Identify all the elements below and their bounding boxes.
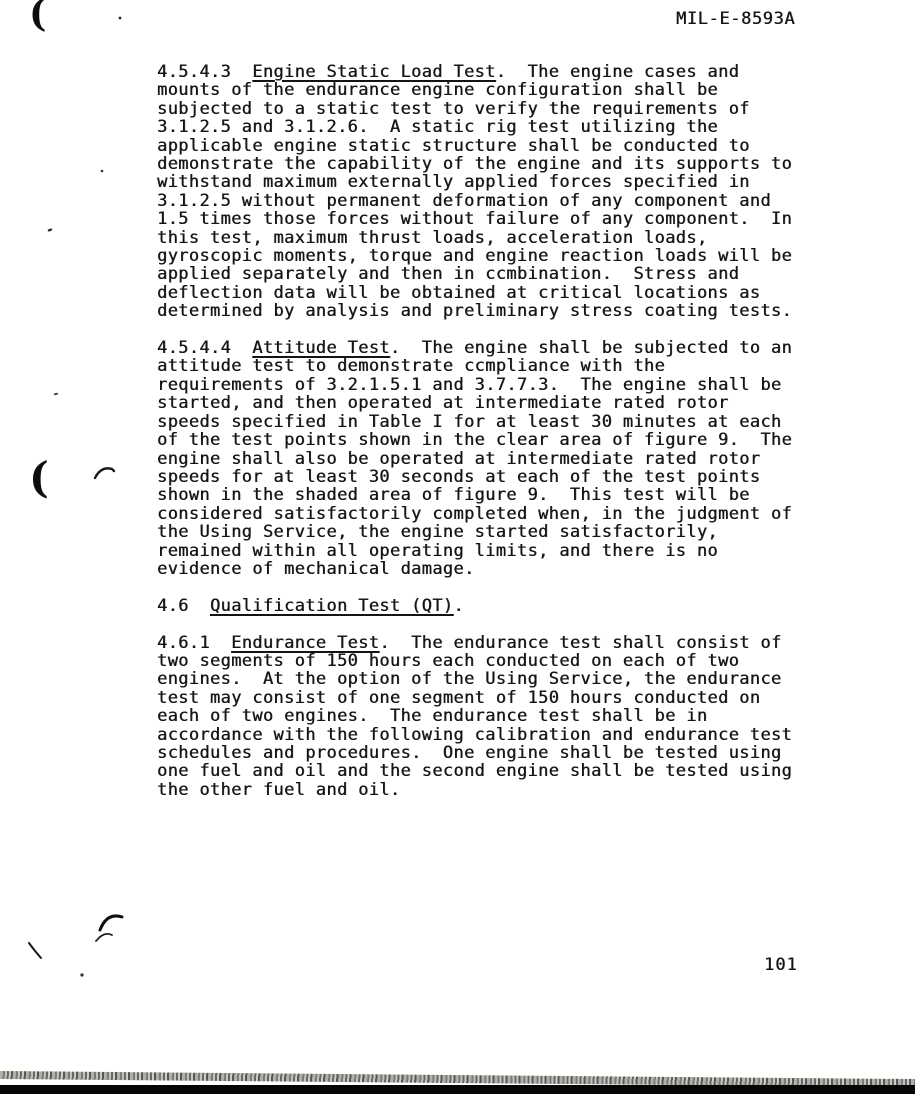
ink-speck <box>101 170 104 173</box>
paragraph-4-5-4-3: 4.5.4.3 Engine Static Load Test. The eng… <box>157 63 857 321</box>
paragraph-4-6-1: 4.6.1 Endurance Test. The endurance test… <box>157 634 857 800</box>
body-text: . <box>453 596 464 616</box>
page-number: 101 <box>764 955 798 975</box>
paragraph-4-5-4-4: 4.5.4.4 Attitude Test. The engine shall … <box>157 339 857 578</box>
ink-speck <box>80 973 83 976</box>
body-text: . The engine cases and mounts of the end… <box>157 62 792 321</box>
document-id-header: MIL-E-8593A <box>676 9 795 29</box>
paragraph-4-6: 4.6 Qualification Test (QT). <box>157 597 857 615</box>
body-text: . The engine shall be subjected to an at… <box>157 338 792 579</box>
body-text: 4.6.1 <box>157 633 231 653</box>
pen-arc-mark <box>96 934 112 941</box>
section-heading-text: Qualification Test (QT) <box>210 596 453 616</box>
ink-speck <box>47 228 52 232</box>
section-heading-text: Attitude Test <box>252 338 390 358</box>
pen-curl-mark <box>95 468 114 478</box>
body-text: 4.5.4.4 <box>157 338 252 358</box>
section-heading-text: Engine Static Load Test <box>252 62 495 82</box>
body-text: . The endurance test shall consist of tw… <box>157 633 792 800</box>
scan-edge-black-bar <box>0 1085 915 1094</box>
ink-speck <box>119 17 122 20</box>
body-text: 4.6 <box>157 596 210 616</box>
document-page: MIL-E-8593A ( ( 4.5.4.3 Engine Static Lo… <box>0 0 915 1094</box>
handwritten-paren-mark-middle: ( <box>29 457 49 499</box>
section-heading-text: Endurance Test <box>231 633 379 653</box>
pen-slash-mark <box>29 943 41 958</box>
pen-arc-mark <box>100 916 122 930</box>
text-block: 4.5.4.3 Engine Static Load Test. The eng… <box>157 63 857 818</box>
ink-speck <box>54 392 59 395</box>
body-text: 4.5.4.3 <box>157 62 252 82</box>
handwritten-paren-mark-top: ( <box>29 0 47 32</box>
